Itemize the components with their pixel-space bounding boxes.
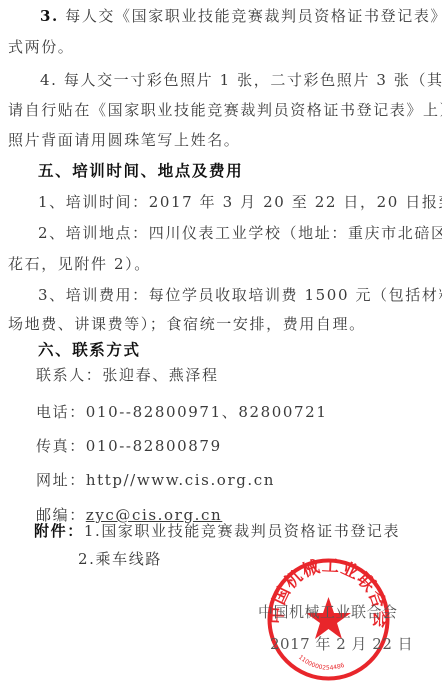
training-place-line1: 2、培训地点：四川仪表工业学校（地址：重庆市北碚区三 [38, 223, 442, 243]
attachments-label: 附件： [34, 522, 84, 540]
item4-line3: 照片背面请用圆珠笔写上姓名。 [8, 130, 240, 150]
item4-line2: 请自行贴在《国家职业技能竞赛裁判员资格证书登记表》上）， [8, 100, 442, 120]
item3-text: 每人交《国家职业技能竞赛裁判员资格证书登记表》一 [65, 7, 442, 25]
item3-line2: 式两份。 [8, 37, 74, 57]
signature-org: 中国机械工业联合会 [258, 601, 398, 622]
item4-line1: 4. 每人交一寸彩色照片 1 张，二寸彩色照片 3 张（其中 1 张 [40, 70, 442, 90]
website-row: 网址：http//www.cis.org.cn [36, 470, 275, 490]
phone: 电话：010--82800971、82800721 [36, 402, 327, 422]
item3-line1: 3. 每人交《国家职业技能竞赛裁判员资格证书登记表》一 [40, 6, 442, 26]
attachment-2: 2.乘车线路 [78, 549, 162, 569]
training-place-line2: 花石，见附件 2）。 [8, 254, 151, 274]
section6-heading: 六、联系方式 [38, 340, 141, 360]
svg-text:1100000254486: 1100000254486 [297, 654, 346, 672]
training-fee-line2: 场地费、讲课费等）；食宿统一安排，费用自理。 [8, 314, 366, 334]
website-label: 网址： [36, 471, 86, 489]
training-fee-line1: 3、培训费用：每位学员收取培训费 1500 元（包括材料费、 [38, 285, 442, 305]
training-time: 1、培训时间：2017 年 3 月 20 至 22 日，20 日报到。 [38, 192, 442, 212]
fax: 传真：010--82800879 [36, 436, 222, 456]
attachment-1: 1.国家职业技能竞赛裁判员资格证书登记表 [84, 522, 400, 540]
signature-date: 2017 年 2 月 22 日 [270, 633, 413, 654]
attachment-1-row: 附件：1.国家职业技能竞赛裁判员资格证书登记表 [34, 521, 400, 541]
website-link[interactable]: http//www.cis.org.cn [86, 471, 275, 489]
item3-number: 3. [40, 7, 59, 25]
contact-persons: 联系人：张迎春、燕泽程 [36, 365, 219, 385]
section5-heading: 五、培训时间、地点及费用 [38, 161, 243, 181]
stamp-number: 1100000254486 [297, 654, 346, 672]
